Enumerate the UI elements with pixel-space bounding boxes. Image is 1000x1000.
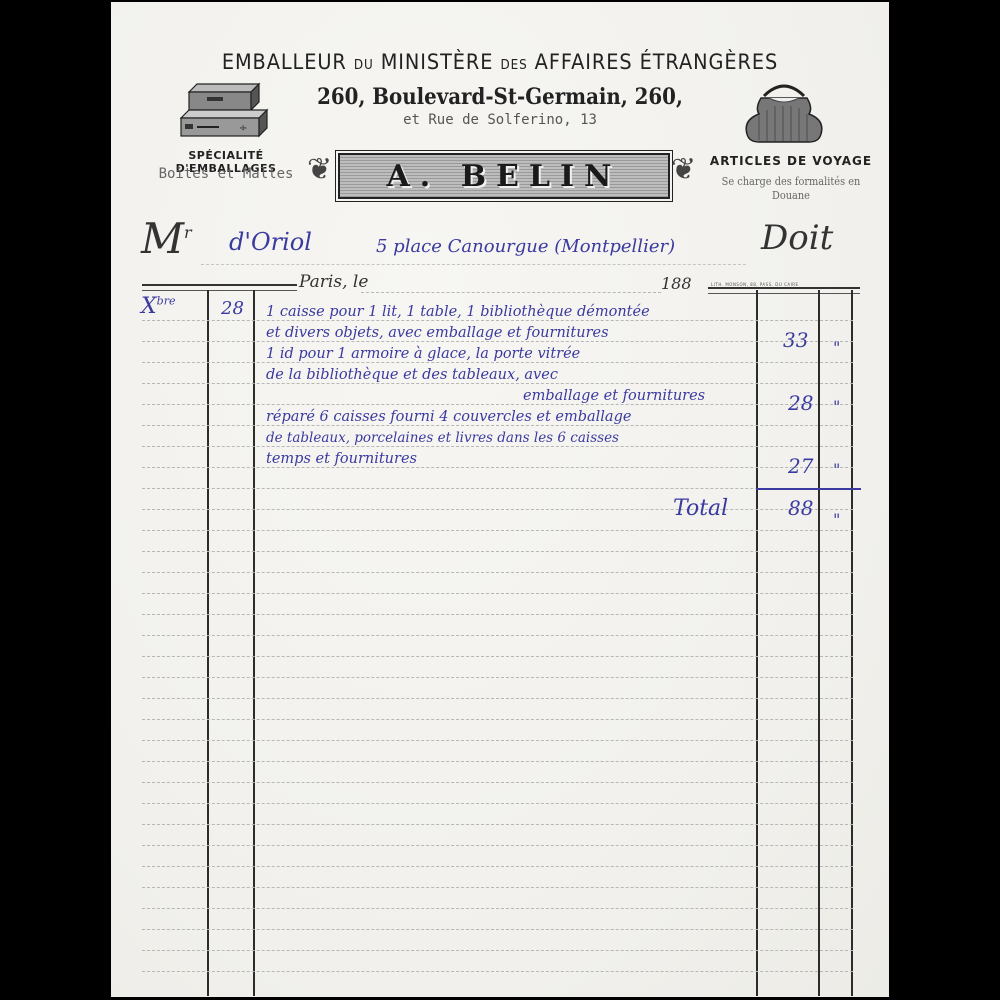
entry-line-1: 1 caisse pour 1 lit, 1 table, 1 biblioth…	[266, 304, 650, 320]
ruled-line	[142, 845, 853, 846]
ruled-line	[142, 761, 853, 762]
date-place: Paris, le	[299, 272, 368, 292]
ruled-line	[142, 719, 853, 720]
column-line-month	[207, 290, 209, 996]
ruled-line	[142, 509, 853, 510]
ruled-line	[142, 677, 853, 678]
ruled-line	[142, 887, 853, 888]
entry-month: Xbre	[141, 294, 175, 319]
addressee-underline	[201, 264, 746, 265]
ruled-line	[142, 446, 853, 447]
month-sup: bre	[157, 295, 176, 308]
company-name: A. BELIN	[387, 159, 622, 194]
entry-line-7: de tableaux, porcelaines et livres dans …	[266, 430, 619, 446]
title-ministere: MINISTÈRE	[381, 50, 494, 74]
column-line-right	[851, 290, 853, 996]
entry-line-4: de la bibliothèque et des tableaux, avec	[266, 367, 558, 383]
entry-line-8: temps et fournitures	[266, 451, 417, 467]
left-ornament-icon: ❦	[307, 152, 332, 187]
header-double-rule-left	[142, 284, 297, 291]
ruled-line	[142, 572, 853, 573]
right-subtitle: Se charge des formalités en Douane	[704, 174, 877, 202]
ruled-line	[142, 971, 853, 972]
title-des: DES	[500, 58, 527, 73]
amount-1-francs: 33	[783, 328, 808, 352]
doit-label: Doit	[761, 218, 833, 258]
column-line-centimes	[818, 290, 820, 996]
date-underline	[361, 292, 661, 293]
ruled-line	[142, 908, 853, 909]
ruled-line	[142, 866, 853, 867]
ruled-line	[142, 593, 853, 594]
addressee-prefix: Mr	[141, 214, 192, 263]
ruled-line	[142, 383, 853, 384]
header-double-rule-right	[708, 287, 860, 294]
title-du: DU	[354, 58, 374, 73]
entry-line-3: 1 id pour 1 armoire à glace, la porte vi…	[266, 346, 580, 362]
month-value: X	[141, 294, 157, 319]
prefix-sup: r	[184, 223, 192, 242]
ruled-line	[142, 320, 853, 321]
amount-2-francs: 28	[788, 391, 813, 415]
ruled-line	[142, 929, 853, 930]
date-year: 188	[661, 274, 692, 293]
ruled-line	[142, 740, 853, 741]
prefix-m: M	[141, 214, 184, 263]
ruled-line	[142, 803, 853, 804]
travel-bag-icon	[739, 80, 829, 145]
amount-3-francs: 27	[788, 454, 813, 478]
column-line-day	[253, 290, 255, 996]
ruled-line	[142, 782, 853, 783]
amount-1-centimes: "	[833, 338, 840, 357]
entry-line-5: emballage et fournitures	[523, 388, 705, 404]
svg-text:÷: ÷	[239, 123, 247, 134]
addressee-address: 5 place Canourgue (Montpellier)	[376, 236, 675, 257]
entry-line-2: et divers objets, avec emballage et four…	[266, 325, 609, 341]
addressee-name: d'Oriol	[229, 228, 312, 256]
ruled-line	[142, 404, 853, 405]
letterhead-title: EMBALLEUR DU MINISTÈRE DES AFFAIRES ÉTRA…	[142, 50, 858, 74]
ruled-line	[142, 362, 853, 363]
ruled-line	[142, 341, 853, 342]
ruled-line	[142, 551, 853, 552]
ruled-line	[142, 656, 853, 657]
title-affaires: AFFAIRES ÉTRANGÈRES	[535, 50, 778, 74]
trunk-box-icon: ÷	[179, 80, 274, 140]
ruled-line	[142, 425, 853, 426]
total-label: Total	[673, 496, 728, 521]
ruled-line	[142, 950, 853, 951]
entry-line-6: réparé 6 caisses fourni 4 couvercles et …	[266, 409, 631, 425]
right-ornament-icon: ❦	[671, 152, 696, 187]
total-francs: 88	[788, 496, 813, 520]
left-subtitle: Boites et Malles	[141, 166, 311, 182]
amount-3-centimes: "	[833, 460, 840, 479]
ruled-line	[142, 698, 853, 699]
company-banner: A. BELIN	[338, 153, 670, 199]
invoice-paper: EMBALLEUR DU MINISTÈRE DES AFFAIRES ÉTRA…	[111, 2, 889, 997]
total-centimes: "	[833, 510, 840, 529]
ruled-line	[142, 467, 853, 468]
ruled-line	[142, 635, 853, 636]
amount-2-centimes: "	[833, 397, 840, 416]
total-rule	[756, 488, 861, 490]
title-emballeur: EMBALLEUR	[222, 50, 347, 74]
ruled-line	[142, 488, 853, 489]
column-line-francs	[756, 290, 758, 996]
ruled-line	[142, 614, 853, 615]
entry-day: 28	[221, 298, 244, 319]
ruled-line	[142, 530, 853, 531]
right-specialty: ARTICLES DE VOYAGE	[691, 154, 891, 168]
ruled-line	[142, 824, 853, 825]
